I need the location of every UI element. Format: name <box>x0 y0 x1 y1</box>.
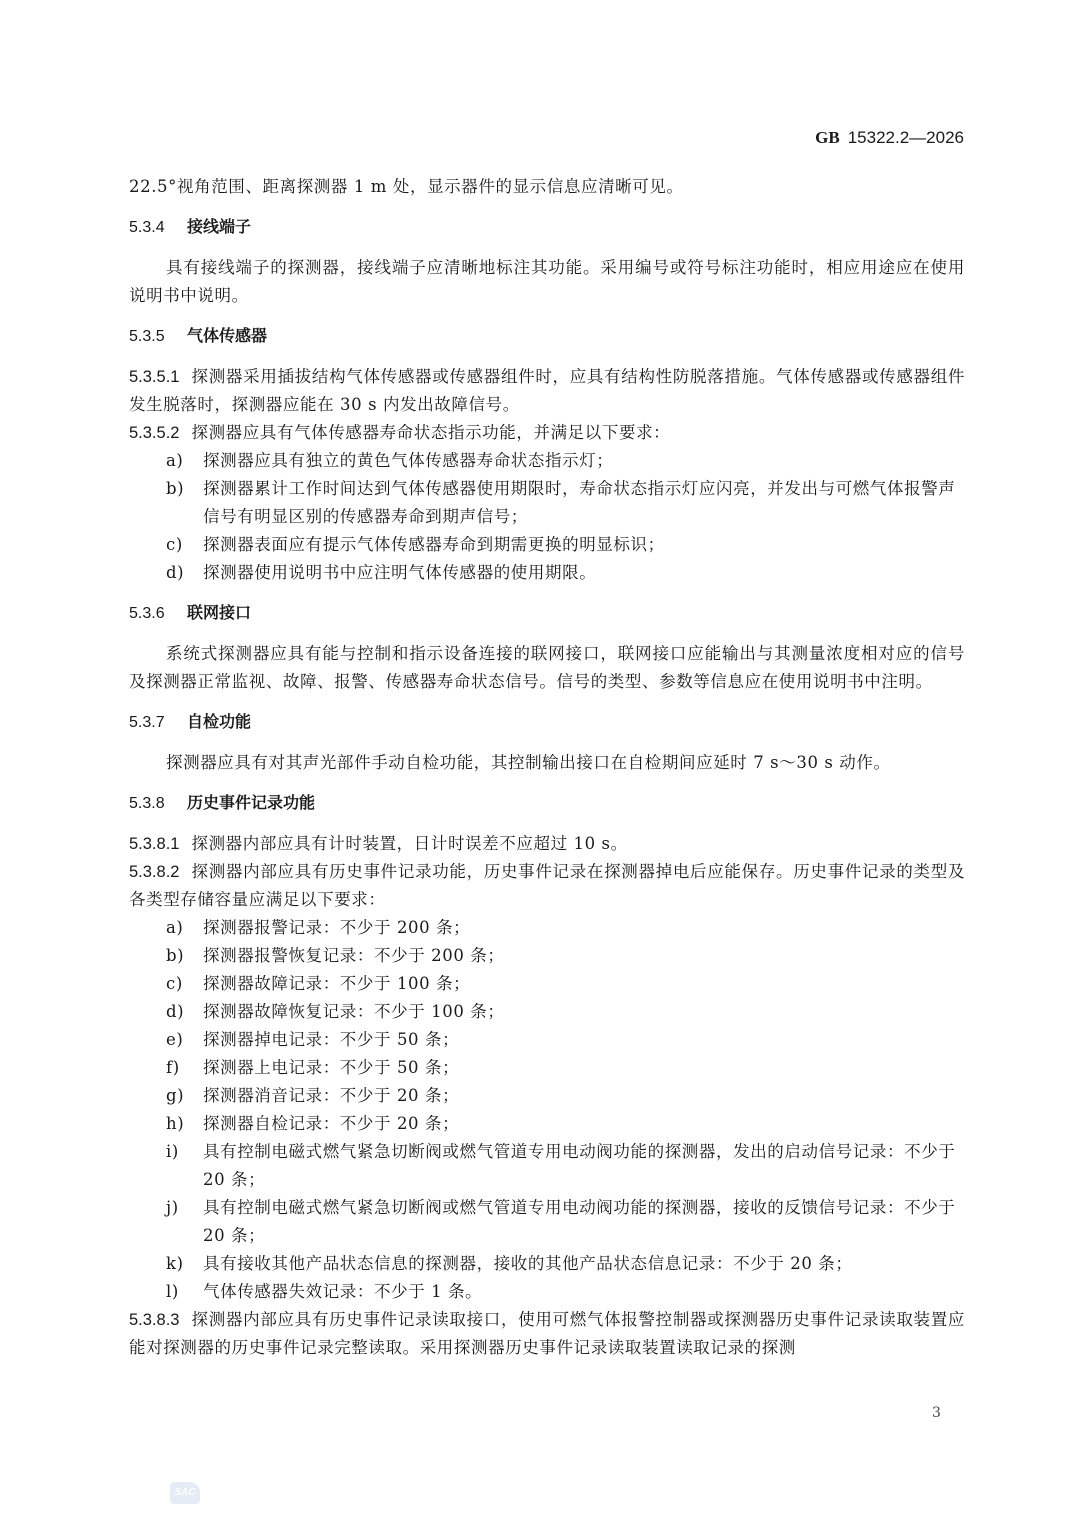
section-title: 气体传感器 <box>187 326 267 345</box>
list-marker: d) <box>129 998 203 1026</box>
list-text: 探测器故障恢复记录：不少于 100 条； <box>203 998 965 1026</box>
list-marker: j) <box>129 1194 203 1250</box>
list-item: i)具有控制电磁式燃气紧急切断阀或燃气管道专用电动阀功能的探测器，发出的启动信号… <box>129 1138 965 1194</box>
list-text: 探测器应具有独立的黄色气体传感器寿命状态指示灯； <box>203 447 965 475</box>
list-text: 探测器报警记录：不少于 200 条； <box>203 914 965 942</box>
list-item: a)探测器应具有独立的黄色气体传感器寿命状态指示灯； <box>129 447 965 475</box>
list-item: c)探测器表面应有提示气体传感器寿命到期需更换的明显标识； <box>129 531 965 559</box>
document-page: GB15322.2—2026 22.5°视角范围、距离探测器 1 m 处，显示器… <box>0 0 1080 1527</box>
clause-text: 探测器采用插拔结构气体传感器或传感器组件时，应具有结构性防脱落措施。气体传感器或… <box>129 367 965 414</box>
continued-paragraph: 22.5°视角范围、距离探测器 1 m 处，显示器件的显示信息应清晰可见。 <box>129 173 965 201</box>
clause-5-3-8-1: 5.3.8.1探测器内部应具有计时装置，日计时误差不应超过 10 s。 <box>129 830 965 858</box>
standard-prefix: GB <box>815 128 840 147</box>
section-number: 5.3.7 <box>129 709 187 737</box>
list-marker: f) <box>129 1054 203 1082</box>
clause-text: 探测器内部应具有历史事件记录读取接口，使用可燃气体报警控制器或探测器历史事件记录… <box>129 1310 965 1357</box>
list-marker: b) <box>129 942 203 970</box>
list-item: h)探测器自检记录：不少于 20 条； <box>129 1110 965 1138</box>
clause-number: 5.3.5.1 <box>129 368 179 386</box>
list-item: a)探测器报警记录：不少于 200 条； <box>129 914 965 942</box>
list-text: 气体传感器失效记录：不少于 1 条。 <box>203 1278 965 1306</box>
list-item: b)探测器累计工作时间达到气体传感器使用期限时，寿命状态指示灯应闪亮，并发出与可… <box>129 475 965 531</box>
list-text: 具有接收其他产品状态信息的探测器，接收的其他产品状态信息记录：不少于 20 条； <box>203 1250 965 1278</box>
section-number: 5.3.5 <box>129 323 187 351</box>
section-title: 联网接口 <box>187 603 251 622</box>
clause-number: 5.3.8.1 <box>129 835 179 853</box>
list-marker: i) <box>129 1138 203 1194</box>
section-title: 自检功能 <box>187 712 251 731</box>
list-text: 具有控制电磁式燃气紧急切断阀或燃气管道专用电动阀功能的探测器，接收的反馈信号记录… <box>203 1194 965 1250</box>
clause-text: 探测器内部应具有历史事件记录功能，历史事件记录在探测器掉电后应能保存。历史事件记… <box>129 862 965 909</box>
list-text: 探测器使用说明书中应注明气体传感器的使用期限。 <box>203 559 965 587</box>
list-marker: h) <box>129 1110 203 1138</box>
clause-text: 探测器应具有气体传感器寿命状态指示功能，并满足以下要求： <box>191 423 670 442</box>
standard-code: 15322.2—2026 <box>848 128 964 147</box>
section-paragraph: 系统式探测器应具有能与控制和指示设备连接的联网接口，联网接口应能输出与其测量浓度… <box>129 640 965 696</box>
list-item: k)具有接收其他产品状态信息的探测器，接收的其他产品状态信息记录：不少于 20 … <box>129 1250 965 1278</box>
list-marker: a) <box>129 914 203 942</box>
section-heading-5-3-5: 5.3.5气体传感器 <box>129 322 965 351</box>
list-text: 探测器上电记录：不少于 50 条； <box>203 1054 965 1082</box>
list-marker: c) <box>129 970 203 998</box>
section-number: 5.3.6 <box>129 600 187 628</box>
list-marker: g) <box>129 1082 203 1110</box>
list-text: 探测器累计工作时间达到气体传感器使用期限时，寿命状态指示灯应闪亮，并发出与可燃气… <box>203 475 965 531</box>
list-text: 探测器消音记录：不少于 20 条； <box>203 1082 965 1110</box>
list-marker: e) <box>129 1026 203 1054</box>
clause-5-3-8-2: 5.3.8.2探测器内部应具有历史事件记录功能，历史事件记录在探测器掉电后应能保… <box>129 858 965 914</box>
list-item: d)探测器使用说明书中应注明气体传感器的使用期限。 <box>129 559 965 587</box>
list-marker: b) <box>129 475 203 531</box>
list-marker: d) <box>129 559 203 587</box>
clause-5-3-5-2: 5.3.5.2探测器应具有气体传感器寿命状态指示功能，并满足以下要求： <box>129 419 965 447</box>
section-number: 5.3.4 <box>129 214 187 242</box>
list-marker: c) <box>129 531 203 559</box>
list-text: 具有控制电磁式燃气紧急切断阀或燃气管道专用电动阀功能的探测器，发出的启动信号记录… <box>203 1138 965 1194</box>
list-item: f)探测器上电记录：不少于 50 条； <box>129 1054 965 1082</box>
list-marker: a) <box>129 447 203 475</box>
clause-5-3-5-1: 5.3.5.1探测器采用插拔结构气体传感器或传感器组件时，应具有结构性防脱落措施… <box>129 363 965 419</box>
section-heading-5-3-6: 5.3.6联网接口 <box>129 599 965 628</box>
list-item: d)探测器故障恢复记录：不少于 100 条； <box>129 998 965 1026</box>
list-text: 探测器表面应有提示气体传感器寿命到期需更换的明显标识； <box>203 531 965 559</box>
clause-5-3-8-3: 5.3.8.3探测器内部应具有历史事件记录读取接口，使用可燃气体报警控制器或探测… <box>129 1306 965 1362</box>
list-item: c)探测器故障记录：不少于 100 条； <box>129 970 965 998</box>
list-item: e)探测器掉电记录：不少于 50 条； <box>129 1026 965 1054</box>
list-text: 探测器报警恢复记录：不少于 200 条； <box>203 942 965 970</box>
list-item: g)探测器消音记录：不少于 20 条； <box>129 1082 965 1110</box>
list-item: l)气体传感器失效记录：不少于 1 条。 <box>129 1278 965 1306</box>
section-heading-5-3-4: 5.3.4接线端子 <box>129 213 965 242</box>
list-item: b)探测器报警恢复记录：不少于 200 条； <box>129 942 965 970</box>
sac-watermark-logo: SAC <box>170 1482 200 1504</box>
section-paragraph: 探测器应具有对其声光部件手动自检功能，其控制输出接口在自检期间应延时 7 s～3… <box>129 749 965 777</box>
list-item: j)具有控制电磁式燃气紧急切断阀或燃气管道专用电动阀功能的探测器，接收的反馈信号… <box>129 1194 965 1250</box>
section-title: 历史事件记录功能 <box>187 793 315 812</box>
page-number: 3 <box>932 1405 941 1421</box>
section-paragraph: 具有接线端子的探测器，接线端子应清晰地标注其功能。采用编号或符号标注功能时，相应… <box>129 254 965 310</box>
list-text: 探测器掉电记录：不少于 50 条； <box>203 1026 965 1054</box>
list-marker: l) <box>129 1278 203 1306</box>
clause-number: 5.3.8.2 <box>129 863 179 881</box>
list-text: 探测器故障记录：不少于 100 条； <box>203 970 965 998</box>
section-number: 5.3.8 <box>129 790 187 818</box>
list-marker: k) <box>129 1250 203 1278</box>
section-heading-5-3-8: 5.3.8历史事件记录功能 <box>129 789 965 818</box>
clause-text: 探测器内部应具有计时装置，日计时误差不应超过 10 s。 <box>191 834 627 853</box>
document-body: 22.5°视角范围、距离探测器 1 m 处，显示器件的显示信息应清晰可见。 5.… <box>129 173 965 1362</box>
list-text: 探测器自检记录：不少于 20 条； <box>203 1110 965 1138</box>
section-heading-5-3-7: 5.3.7自检功能 <box>129 708 965 737</box>
section-title: 接线端子 <box>187 217 251 236</box>
clause-number: 5.3.5.2 <box>129 424 179 442</box>
standard-number: GB15322.2—2026 <box>815 128 964 148</box>
clause-number: 5.3.8.3 <box>129 1311 179 1329</box>
